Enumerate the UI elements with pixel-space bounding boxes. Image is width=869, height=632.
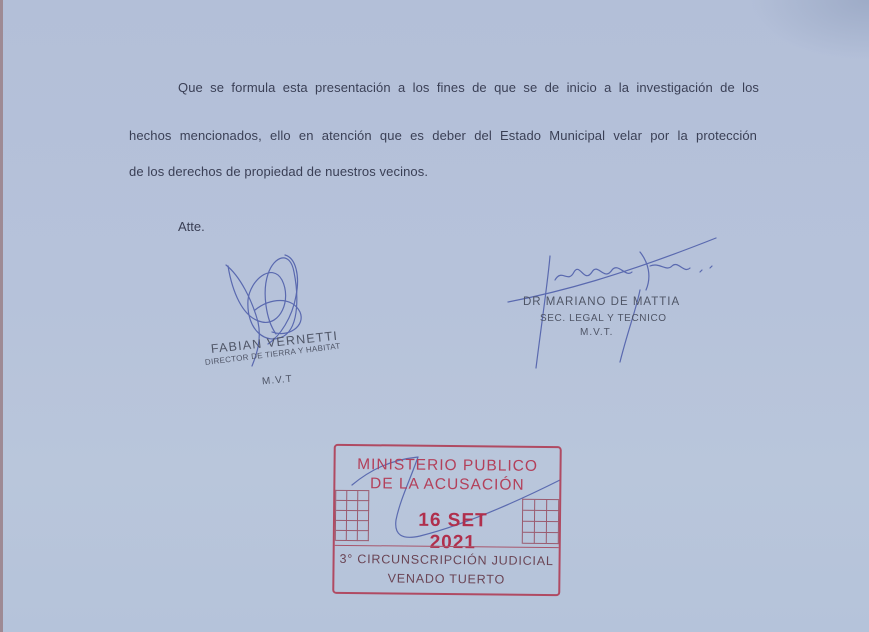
signature-2-flourish: [640, 252, 712, 290]
reception-stamp: MINISTERIO PUBLICO DE LA ACUSACIÓN 16 SE…: [332, 444, 562, 596]
signature-2-organization: M.V.T.: [580, 327, 613, 338]
signature-1-loop: [228, 258, 297, 339]
signature-2-role: SEC. LEGAL Y TECNICO: [540, 313, 667, 324]
signature-2-vertical: [536, 256, 550, 368]
body-line-1: Que se formula esta presentación a los f…: [178, 80, 759, 95]
body-line-2: hechos mencionados, ello en atención que…: [129, 128, 757, 143]
signature-2-scribble: [555, 268, 632, 280]
signature-1-tail: [268, 255, 298, 344]
signature-2-name: Dr MARIANO DE MATTIA: [523, 296, 680, 308]
signature-1-loop2: [255, 301, 301, 334]
signature-1-organization: M.V.T: [262, 374, 294, 388]
stamp-title-line-1: MINISTERIO PUBLICO: [335, 456, 559, 476]
stamp-date: 16 SET 2021: [395, 509, 511, 554]
stamp-grid-right: [522, 499, 559, 544]
paper-edge: [0, 0, 3, 632]
stamp-grid-left: [335, 490, 370, 541]
closing: Atte.: [178, 219, 205, 234]
signature-2-strike: [508, 238, 716, 302]
body-line-3: de los derechos de propiedad de nuestros…: [129, 164, 428, 179]
stamp-footer-line-2: VENADO TUERTO: [334, 571, 558, 587]
shadow: [749, 0, 869, 60]
stamp-footer-line-1: 3° CIRCUNSCRIPCIÓN JUDICIAL: [335, 552, 559, 568]
